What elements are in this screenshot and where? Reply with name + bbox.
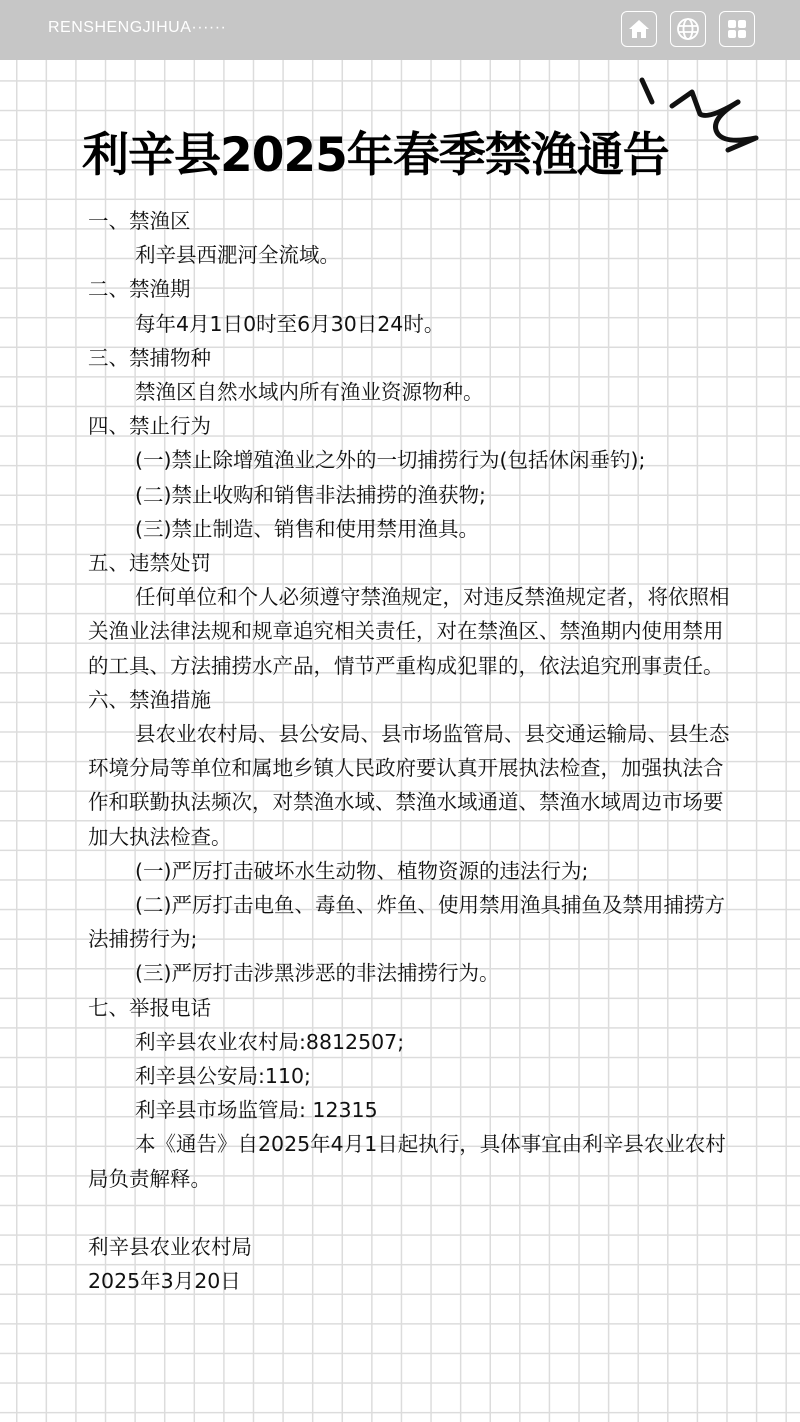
section-text: 利辛县西淝河全流域。 xyxy=(88,238,738,272)
brand-text: RENSHENGJIHUA······ xyxy=(48,19,226,37)
section-text: 禁渔区自然水域内所有渔业资源物种。 xyxy=(88,375,738,409)
globe-icon xyxy=(676,17,700,41)
section-heading: 七、举报电话 xyxy=(88,991,738,1025)
section-heading: 三、禁捕物种 xyxy=(88,341,738,375)
section-text: 每年4月1日0时至6月30日24时。 xyxy=(88,307,738,341)
list-item: (二)严厉打击电鱼、毒鱼、炸鱼、使用禁用渔具捕鱼及禁用捕捞方法捕捞行为; xyxy=(88,888,738,956)
issuer-name: 利辛县农业农村局 xyxy=(88,1230,738,1264)
issue-date: 2025年3月20日 xyxy=(88,1264,738,1298)
list-item: (三)禁止制造、销售和使用禁用渔具。 xyxy=(88,512,738,546)
list-item: (三)严厉打击涉黑涉恶的非法捕捞行为。 xyxy=(88,956,738,990)
home-button[interactable] xyxy=(621,11,657,47)
section-heading: 一、禁渔区 xyxy=(88,204,738,238)
hotline-item: 利辛县市场监管局: 12315 xyxy=(88,1093,738,1127)
section-heading: 六、禁渔措施 xyxy=(88,683,738,717)
apps-button[interactable] xyxy=(719,11,755,47)
page-title: 利辛县2025年春季禁渔通告 xyxy=(82,118,669,185)
section-heading: 二、禁渔期 xyxy=(88,272,738,306)
section-paragraph: 任何单位和个人必须遵守禁渔规定，对违反禁渔规定者，将依照相关渔业法律法规和规章追… xyxy=(88,580,738,683)
section-paragraph: 县农业农村局、县公安局、县市场监管局、县交通运输局、县生态环境分局等单位和属地乡… xyxy=(88,717,738,854)
closing-paragraph: 本《通告》自2025年4月1日起执行，具体事宜由利辛县农业农村局负责解释。 xyxy=(88,1127,738,1195)
section-heading: 五、违禁处罚 xyxy=(88,546,738,580)
top-bar: RENSHENGJIHUA······ xyxy=(0,0,800,60)
home-icon xyxy=(628,19,650,39)
hotline-item: 利辛县农业农村局:8812507; xyxy=(88,1025,738,1059)
spacer xyxy=(88,1196,738,1230)
section-heading: 四、禁止行为 xyxy=(88,409,738,443)
list-item: (一)严厉打击破坏水生动物、植物资源的违法行为; xyxy=(88,854,738,888)
notice-body: 一、禁渔区 利辛县西淝河全流域。 二、禁渔期 每年4月1日0时至6月30日24时… xyxy=(88,204,738,1298)
list-item: (二)禁止收购和销售非法捕捞的渔获物; xyxy=(88,478,738,512)
hotline-item: 利辛县公安局:110; xyxy=(88,1059,738,1093)
grid-icon xyxy=(727,19,747,39)
globe-button[interactable] xyxy=(670,11,706,47)
list-item: (一)禁止除增殖渔业之外的一切捕捞行为(包括休闲垂钓); xyxy=(88,443,738,477)
